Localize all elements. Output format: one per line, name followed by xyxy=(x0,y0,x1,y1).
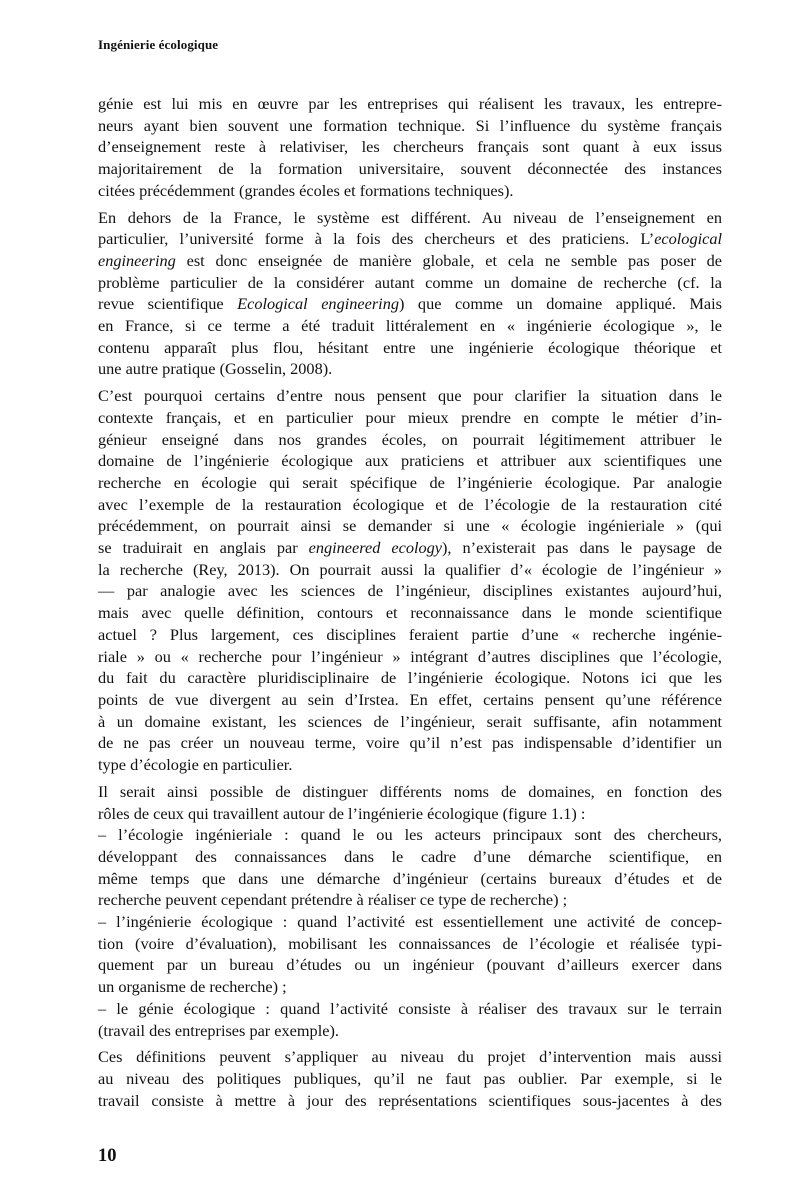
text-line: se traduirait en anglais par engineered … xyxy=(98,537,722,559)
text-line: au niveau des politiques publiques, qu’i… xyxy=(98,1068,722,1090)
running-header: Ingénierie écologique xyxy=(98,37,218,53)
text-line: neurs ayant bien souvent une formation t… xyxy=(98,115,722,137)
text-line: en France, si ce terme a été traduit lit… xyxy=(98,315,722,337)
text-line: contexte français, et en particulier pou… xyxy=(98,407,722,429)
text-line: génie est lui mis en œuvre par les entre… xyxy=(98,93,722,115)
text-line: domaine de l’ingénierie écologique aux p… xyxy=(98,450,722,472)
text-line: même temps que dans une démarche d’ingén… xyxy=(98,868,722,890)
text-line: – l’ingénierie écologique : quand l’acti… xyxy=(98,911,722,933)
text-line: type d’écologie en particulier. xyxy=(98,754,722,776)
text-line: riale » ou « recherche pour l’ingénieur … xyxy=(98,646,722,668)
text-line: – l’écologie ingénieriale : quand le ou … xyxy=(98,824,722,846)
text-line: à un domaine existant, les sciences de l… xyxy=(98,711,722,733)
text-line: majoritairement de la formation universi… xyxy=(98,158,722,180)
page-body: génie est lui mis en œuvre par les entre… xyxy=(98,93,722,1111)
text-line: rôles de ceux qui travaillent autour de … xyxy=(98,803,722,825)
paragraph-4-intro: Il serait ainsi possible de distinguer d… xyxy=(98,781,722,824)
text-line: recherche peuvent cependant prétendre à … xyxy=(98,889,722,911)
page-number: 10 xyxy=(98,1146,117,1167)
list-item-genie-ecologique: – le génie écologique : quand l’activité… xyxy=(98,998,722,1041)
text-line: d’enseignement reste à relativiser, les … xyxy=(98,136,722,158)
list-item-ingenierie-ecologique: – l’ingénierie écologique : quand l’acti… xyxy=(98,911,722,998)
paragraph-3: C’est pourquoi certains d’entre nous pen… xyxy=(98,385,722,776)
text-line: (travail des entreprises par exemple). xyxy=(98,1020,722,1042)
book-page: Ingénierie écologique génie est lui mis … xyxy=(0,0,800,1200)
text-line: de ne pas créer un nouveau terme, voire … xyxy=(98,732,722,754)
text-line: citées précédemment (grandes écoles et f… xyxy=(98,180,722,202)
text-line: actuel ? Plus largement, ces disciplines… xyxy=(98,624,722,646)
text-line: particulier, l’université forme à la foi… xyxy=(98,228,722,250)
text-line: revue scientifique Ecological engineerin… xyxy=(98,293,722,315)
list-item-ecologie-ingenieriale: – l’écologie ingénieriale : quand le ou … xyxy=(98,824,722,911)
text-line: mais avec quelle définition, contours et… xyxy=(98,602,722,624)
text-line: Ces définitions peuvent s’appliquer au n… xyxy=(98,1046,722,1068)
paragraph-2: En dehors de la France, le système est d… xyxy=(98,207,722,381)
text-line: C’est pourquoi certains d’entre nous pen… xyxy=(98,385,722,407)
text-line: Il serait ainsi possible de distinguer d… xyxy=(98,781,722,803)
text-line: travail consiste à mettre à jour des rep… xyxy=(98,1090,722,1112)
text-line: la recherche (Rey, 2013). On pourrait au… xyxy=(98,559,722,581)
text-line: En dehors de la France, le système est d… xyxy=(98,207,722,229)
text-line: problème particulier de la considérer au… xyxy=(98,272,722,294)
text-line: contenu apparaît plus flou, hésitant ent… xyxy=(98,337,722,359)
text-line: avec l’exemple de la restauration écolog… xyxy=(98,494,722,516)
text-line: engineering est donc enseignée de manièr… xyxy=(98,250,722,272)
text-line: tion (voire d’évaluation), mobilisant le… xyxy=(98,933,722,955)
text-line: recherche en écologie qui serait spécifi… xyxy=(98,472,722,494)
paragraph-5: Ces définitions peuvent s’appliquer au n… xyxy=(98,1046,722,1111)
text-line: — par analogie avec les sciences de l’in… xyxy=(98,580,722,602)
text-line: du fait du caractère pluridisciplinaire … xyxy=(98,667,722,689)
text-line: quement par un bureau d’études ou un ing… xyxy=(98,954,722,976)
text-line: – le génie écologique : quand l’activité… xyxy=(98,998,722,1020)
text-line: génieur enseigné dans nos grandes écoles… xyxy=(98,429,722,451)
text-line: une autre pratique (Gosselin, 2008). xyxy=(98,358,722,380)
text-line: points de vue divergent au sein d’Irstea… xyxy=(98,689,722,711)
text-line: précédemment, on pourrait ainsi se deman… xyxy=(98,515,722,537)
text-line: développant des connaissances dans le ca… xyxy=(98,846,722,868)
paragraph-1: génie est lui mis en œuvre par les entre… xyxy=(98,93,722,202)
text-line: un organisme de recherche) ; xyxy=(98,976,722,998)
